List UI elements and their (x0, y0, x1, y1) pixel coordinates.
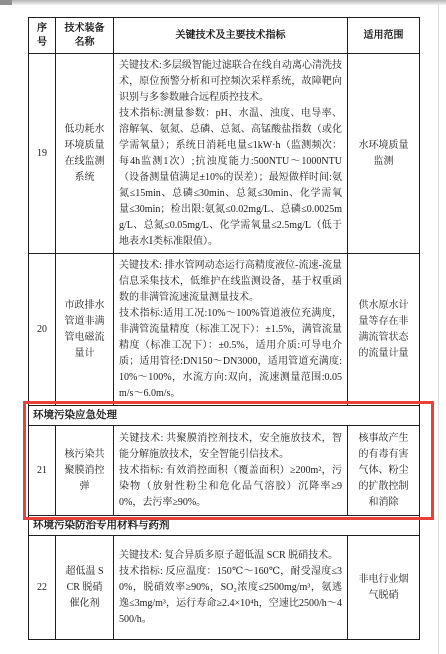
serial-no-cell: 20 (29, 254, 56, 406)
serial-no-cell: 21 (29, 426, 56, 516)
tech-spec-paragraph: 技术指标: 有效消控面积（覆盖面积）≥200m²，污染物（放射性粉尘和危化品气溶… (119, 463, 342, 511)
table-row-22: 22 超低温 SCR 脱硝催化剂 关键技术: 复合异质多原子超低温 SCR 脱硝… (29, 536, 420, 640)
key-tech-paragraph: 关键技术: 共聚膜消控剂技术，安全施放技术，智能分解施放技术，安全智能引信技术。 (119, 431, 342, 463)
table-row-21: 21 核污染共聚膜消控弹 关键技术: 共聚膜消控剂技术，安全施放技术，智能分解施… (29, 426, 420, 516)
page-corner-shadow (0, 0, 12, 5)
key-tech-paragraph: 关键技术: 排水管网动态运行高精度液位-流速-流量信息采集技术，低维护在线监测设… (119, 258, 342, 306)
key-tech-paragraph: 关键技术: 复合异质多原子超低温 SCR 脱硝技术。 (119, 548, 342, 564)
col-header-serial-no: 序号 (29, 18, 56, 54)
col-header-scope: 适用范围 (348, 18, 420, 54)
scope-cell: 水环境质量监测 (348, 54, 420, 254)
table-container: 序号 技术装备名称 关键技术及主要技术指标 适用范围 19 低功耗水环境质量在线… (28, 17, 420, 640)
tech-indicators-cell: 关键技术: 排水管网动态运行高精度液位-流速-流量信息采集技术，低维护在线监测设… (114, 254, 348, 406)
section-header-label: 环境污染防治专用材料与药剂 (29, 516, 420, 536)
tech-spec-paragraph: 技术指标: 反应温度：150℃～160℃，耐受湿度≤30%，脱硝效率≥90%，S… (119, 564, 342, 628)
serial-no-cell: 19 (29, 54, 56, 254)
table-header-row: 序号 技术装备名称 关键技术及主要技术指标 适用范围 (29, 18, 420, 54)
scope-cell: 供水原水计量等存在非满流管状态的流量计量 (348, 254, 420, 406)
equipment-name-cell: 市政排水管道非满管电磁流量计 (56, 254, 114, 406)
equipment-name-cell: 超低温 SCR 脱硝催化剂 (56, 536, 114, 640)
section-row-emergency: 环境污染应急处理 (29, 406, 420, 426)
equipment-name-cell: 核污染共聚膜消控弹 (56, 426, 114, 516)
tech-indicators-cell: 关键技术: 复合异质多原子超低温 SCR 脱硝技术。 技术指标: 反应温度：15… (114, 536, 348, 640)
section-header-label: 环境污染应急处理 (29, 406, 420, 426)
scope-cell: 核事故产生的有毒有害气体、粉尘的扩散控制和消除 (348, 426, 420, 516)
col-header-equipment-name: 技术装备名称 (56, 18, 114, 54)
tech-indicators-cell: 关键技术: 共聚膜消控剂技术，安全施放技术，智能分解施放技术，安全智能引信技术。… (114, 426, 348, 516)
key-tech-paragraph: 关键技术:多层级智能过滤联合在线自动离心清洗技术，原位预警分析和可控频次采样系统… (119, 58, 342, 106)
document-page: 序号 技术装备名称 关键技术及主要技术指标 适用范围 19 低功耗水环境质量在线… (0, 0, 446, 654)
col-header-key-tech: 关键技术及主要技术指标 (114, 18, 348, 54)
tech-indicators-cell: 关键技术:多层级智能过滤联合在线自动离心清洗技术，原位预警分析和可控频次采样系统… (114, 54, 348, 254)
page-edge-shadow (0, 0, 446, 5)
page-right-edge-line (438, 4, 439, 654)
table-row-20: 20 市政排水管道非满管电磁流量计 关键技术: 排水管网动态运行高精度液位-流速… (29, 254, 420, 406)
tech-spec-paragraph: 技术指标:测量参数：pH、水温、浊度、电导率、溶解氧、氨氮、总磷、总氮、高锰酸盐… (119, 106, 342, 250)
scope-cell: 非电行业烟气脱硝 (348, 536, 420, 640)
table-row-19: 19 低功耗水环境质量在线监测系统 关键技术:多层级智能过滤联合在线自动离心清洗… (29, 54, 420, 254)
serial-no-cell: 22 (29, 536, 56, 640)
section-row-materials: 环境污染防治专用材料与药剂 (29, 516, 420, 536)
tech-spec-paragraph: 技术指标:适用工况:10%～100%管道液位充满度，非满管流量精度（标准工况下）… (119, 306, 342, 402)
equipment-name-cell: 低功耗水环境质量在线监测系统 (56, 54, 114, 254)
equipment-table: 序号 技术装备名称 关键技术及主要技术指标 适用范围 19 低功耗水环境质量在线… (28, 17, 420, 640)
